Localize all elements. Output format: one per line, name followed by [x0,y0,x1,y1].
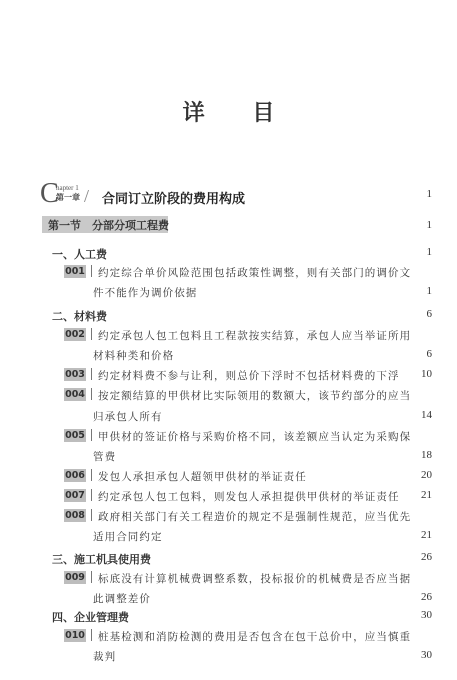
toc-item-004[interactable]: 004 按定额结算的甲供材比实际领用的数额大，该节约部分的应当 [0,388,457,408]
divider-bar [91,489,92,501]
page-number: 14 [421,409,432,421]
item-text-line-2: 此调整差价 [93,591,151,606]
item-number-badge: 004 [64,388,86,401]
page-title: 详 目 [0,96,457,127]
divider-bar [91,388,92,400]
divider-bar [91,571,92,583]
item-number-badge: 009 [64,571,86,584]
item-text-line-2: 适用合同约定 [93,529,163,544]
toc-item-008-cont[interactable]: 适用合同约定 21 [0,529,457,549]
section-page-number: 1 [427,219,433,231]
heading-text: 一、人工费 [52,246,107,262]
item-number-badge: 008 [64,509,86,522]
page-number: 20 [421,469,432,481]
divider-bar [91,368,92,380]
item-text-line-1: 发包人承担承包人超领甲供材的举证责任 [98,469,307,484]
toc-page: 详 目 C hapter 1 第一章 / 合同订立阶段的费用构成 1 第一节 分… [0,0,457,680]
title-char-1: 详 [183,96,205,127]
item-text-line-2: 管费 [93,449,116,464]
divider-bar [91,429,92,441]
item-number-badge: 010 [64,629,86,642]
toc-heading-machinery[interactable]: 三、施工机具使用费 26 [0,551,457,571]
toc-heading-labor[interactable]: 一、人工费 1 [0,246,457,266]
divider-bar [91,265,92,277]
page-number: 1 [427,246,433,258]
toc-item-007[interactable]: 007 约定承包人包工包料，则发包人承担提供甲供材的举证责任 21 [0,489,457,509]
item-text-line-2: 材料种类和价格 [93,348,174,363]
section-label: 第一节 [48,217,81,233]
chapter-heading[interactable]: C hapter 1 第一章 / 合同订立阶段的费用构成 [40,184,432,208]
page-number: 30 [421,609,432,621]
item-text-line-1: 按定额结算的甲供材比实际领用的数额大，该节约部分的应当 [98,388,411,403]
divider-bar [91,509,92,521]
page-number: 26 [421,551,432,563]
item-text-line-2: 裁判 [93,649,116,664]
chapter-title: 合同订立阶段的费用构成 [102,188,245,207]
toc-item-009-cont[interactable]: 此调整差价 26 [0,591,457,611]
page-number: 1 [427,285,433,297]
toc-item-002-cont[interactable]: 材料种类和价格 6 [0,348,457,368]
page-number: 6 [427,348,433,360]
page-number: 18 [421,449,432,461]
heading-text: 三、施工机具使用费 [52,551,151,567]
item-number-badge: 006 [64,469,86,482]
chapter-label-cn: 第一章 [56,193,80,203]
item-text-line-1: 桩基检测和消防检测的费用是否包含在包干总价中，应当慎重 [98,629,411,644]
toc-item-003[interactable]: 003 约定材料费不参与让利，则总价下浮时不包括材料费的下浮 10 [0,368,457,388]
toc-item-010-cont[interactable]: 裁判 30 [0,649,457,669]
page-number: 21 [421,489,432,501]
toc-item-001-cont[interactable]: 件不能作为调价依据 1 [0,285,457,305]
item-text-line-1: 约定材料费不参与让利，则总价下浮时不包括材料费的下浮 [98,368,400,383]
toc-heading-management[interactable]: 四、企业管理费 30 [0,609,457,629]
item-text-line-1: 约定综合单价风险范围包括政策性调整，则有关部门的调价文 [98,265,411,280]
item-text-line-1: 约定承包人包工包料，则发包人承担提供甲供材的举证责任 [98,489,400,504]
page-number: 26 [421,591,432,603]
divider-bar [91,469,92,481]
item-text-line-1: 政府相关部门有关工程造价的规定不是强制性规范，应当优先 [98,509,411,524]
page-number: 6 [427,308,433,320]
item-number-badge: 002 [64,328,86,341]
toc-item-004-cont[interactable]: 归承包人所有 14 [0,409,457,429]
page-number: 30 [421,649,432,661]
item-number-badge: 003 [64,368,86,381]
item-text-line-1: 标底没有计算机械费调整系数，投标报价的机械费是否应当据 [98,571,411,586]
chapter-slash: / [84,186,89,206]
heading-text: 四、企业管理费 [52,609,129,625]
item-text-line-1: 甲供材的签证价格与采购价格不同，该差额应当认定为采购保 [98,429,411,444]
title-char-2: 目 [252,96,274,127]
item-text-line-2: 件不能作为调价依据 [93,285,197,300]
toc-item-008[interactable]: 008 政府相关部门有关工程造价的规定不是强制性规范，应当优先 [0,509,457,529]
toc-item-006[interactable]: 006 发包人承担承包人超领甲供材的举证责任 20 [0,469,457,489]
page-number: 10 [421,368,432,380]
chapter-label-en: hapter 1 [56,184,79,192]
divider-bar [91,629,92,641]
item-number-badge: 001 [64,265,86,278]
divider-bar [91,328,92,340]
heading-text: 二、材料费 [52,308,107,324]
page-number: 21 [421,529,432,541]
toc-item-010[interactable]: 010 桩基检测和消防检测的费用是否包含在包干总价中，应当慎重 [0,629,457,649]
toc-heading-materials[interactable]: 二、材料费 6 [0,308,457,328]
item-number-badge: 005 [64,429,86,442]
chapter-page-number: 1 [427,188,433,200]
toc-item-009[interactable]: 009 标底没有计算机械费调整系数，投标报价的机械费是否应当据 [0,571,457,591]
toc-item-001[interactable]: 001 约定综合单价风险范围包括政策性调整，则有关部门的调价文 [0,265,457,285]
item-number-badge: 007 [64,489,86,502]
toc-item-002[interactable]: 002 约定承包人包工包料且工程款按实结算，承包人应当举证所用 [0,328,457,348]
section-heading[interactable]: 第一节 分部分项工程费 [42,216,168,233]
chapter-badge: C hapter 1 第一章 / [40,184,104,208]
toc-item-005[interactable]: 005 甲供材的签证价格与采购价格不同，该差额应当认定为采购保 [0,429,457,449]
section-title: 分部分项工程费 [92,217,169,233]
item-text-line-2: 归承包人所有 [93,409,163,424]
item-text-line-1: 约定承包人包工包料且工程款按实结算，承包人应当举证所用 [98,328,411,343]
toc-item-005-cont[interactable]: 管费 18 [0,449,457,469]
